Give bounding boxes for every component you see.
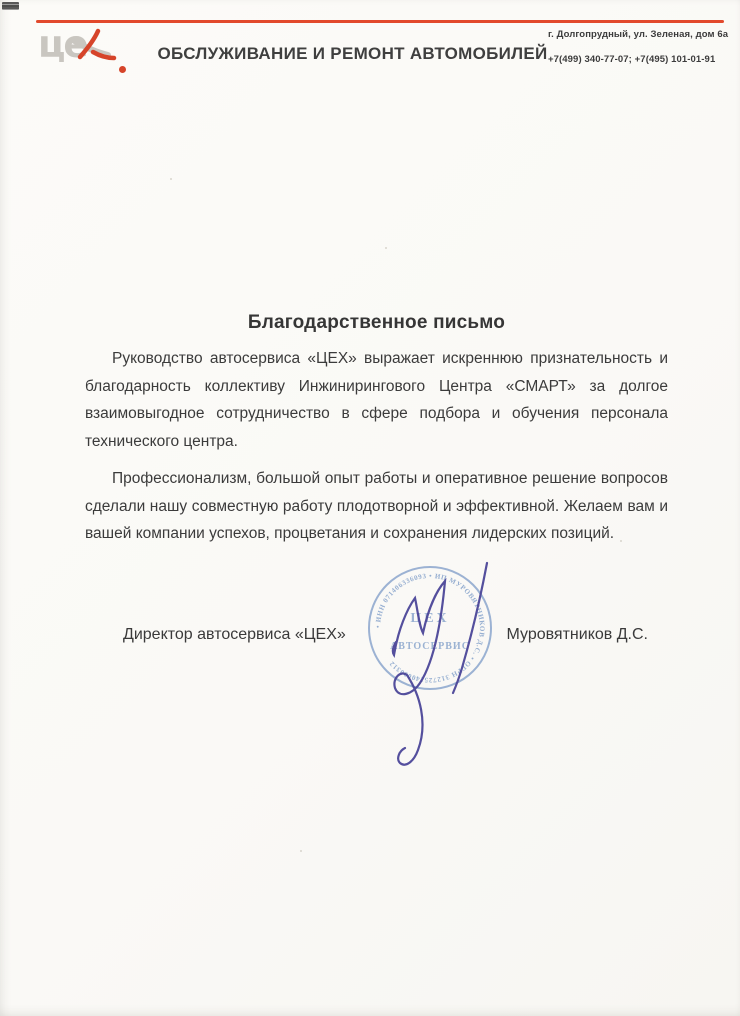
letter-body: Благодарственное письмо Руководство авто…	[85, 312, 668, 558]
svg-text:• ИНН 071406336093 • ИП МУРОВЯ: • ИНН 071406336093 • ИП МУРОВЯТНИКОВ Д.С…	[374, 572, 486, 684]
scan-artifact-mark	[2, 2, 19, 10]
letter-paragraph-2: Профессионализм, большой опыт работы и о…	[85, 465, 668, 548]
signer-position: Директор автосервиса «ЦЕХ»	[123, 626, 346, 644]
paper-speck	[300, 850, 302, 852]
paper-speck	[620, 540, 622, 542]
company-phones: +7(499) 340-77-07; +7(495) 101-01-91	[548, 54, 723, 65]
company-stamp: • ИНН 071406336093 • ИП МУРОВЯТНИКОВ Д.С…	[350, 545, 530, 780]
paper-speck	[170, 178, 172, 180]
header-rule	[36, 20, 724, 23]
company-address: г. Долгопрудный, ул. Зеленая, дом 6а	[548, 29, 723, 40]
logo-x-icon	[70, 27, 122, 74]
letter-title: Благодарственное письмо	[85, 312, 668, 334]
stamp-center-line2: АВТОСЕРВИС	[390, 641, 470, 652]
company-title: ОБСЛУЖИВАНИЕ И РЕМОНТ АВТОМОБИЛЕЙ	[120, 44, 585, 64]
scanned-letter-page: це ОБСЛУЖИВАНИЕ И РЕМОНТ АВТОМОБИЛЕЙ г. …	[0, 0, 740, 1016]
logo-dot-icon	[119, 66, 126, 73]
paper-speck	[385, 247, 387, 249]
stamp-ring-text: • ИНН 071406336093 • ИП МУРОВЯТНИКОВ Д.С…	[374, 572, 486, 684]
stamp-center-line1: ЦЕХ	[410, 611, 449, 626]
letter-paragraph-1: Руководство автосервиса «ЦЕХ» выражает и…	[85, 345, 668, 455]
